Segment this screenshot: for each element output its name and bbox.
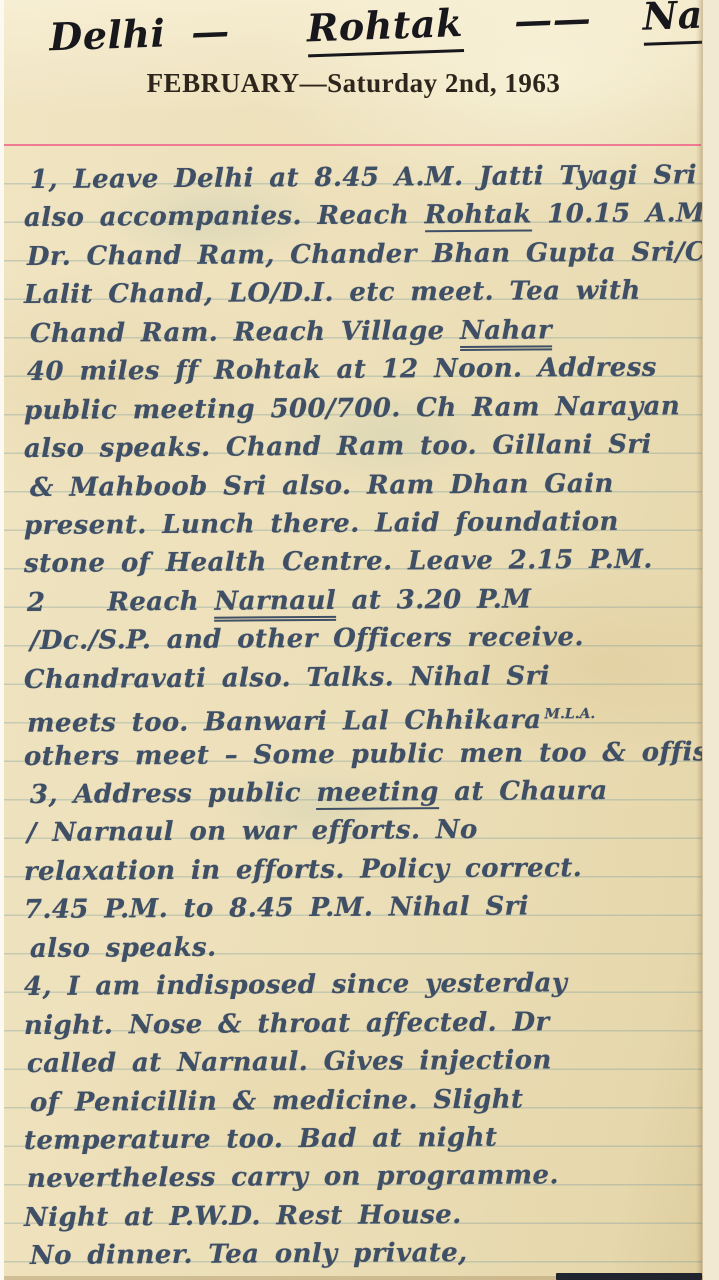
text-segment: 10.15 A.M. [532, 199, 703, 230]
text-segment: also speaks. Chand Ram too. Gillani Sri [24, 430, 652, 464]
diary-line: public meeting 500/700. Ch Ram Narayan [24, 387, 703, 430]
text-segment: present. Lunch there. Laid foundation [24, 507, 619, 541]
text-segment: Chandravati also. Talks. Nihal Sri [24, 661, 550, 695]
diary-line: Lalit Chand, LO/D.I. etc meet. Tea with [24, 272, 703, 315]
page-header: Delhi — Rohtak —— Narnaul FEBRUARY—Satur… [4, 0, 703, 144]
diary-body: 1, Leave Delhi at 8.45 A.M. Jatti Tyagi … [4, 146, 703, 1280]
diary-line: 1, Leave Delhi at 8.45 A.M. Jatti Tyagi … [30, 156, 703, 199]
text-segment: & Mahboob Sri also. Ram Dhan Gain [30, 468, 614, 502]
text-segment: No dinner. Tea only private, [30, 1238, 468, 1271]
text-segment: 40 miles ff Rohtak at 12 Noon. Address [27, 353, 657, 387]
diary-line: of Penicillin & medicine. Slight [30, 1079, 703, 1122]
scan-right-edge [702, 0, 719, 1280]
diary-line: stone of Health Centre. Leave 2.15 P.M. [24, 541, 703, 584]
diary-line: 4, I am indisposed since yesterday [24, 963, 703, 1006]
diary-line: relaxation in efforts. Policy correct. [24, 848, 703, 891]
text-segment: stone of Health Centre. Leave 2.15 P.M. [24, 545, 653, 579]
text-segment: —— [462, 0, 643, 45]
text-segment: — [165, 5, 308, 55]
text-segment: 4, I am indisposed since yesterday [24, 968, 568, 1002]
text-segment: night. Nose & throat affected. Dr [24, 1007, 550, 1041]
scan-left-edge [0, 0, 4, 1280]
handwritten-lines: 1, Leave Delhi at 8.45 A.M. Jatti Tyagi … [24, 161, 703, 1276]
underlined-word: Nahar [460, 315, 552, 351]
scan-bottom-dark-bar [556, 1273, 702, 1280]
text-segment: at Chaura [439, 776, 608, 807]
text-segment: also accompanies. Reach [24, 201, 425, 234]
diary-line: night. Nose & throat affected. Dr [24, 1002, 703, 1045]
diary-line: 2 Reach Narnaul at 3.20 P.M [27, 579, 703, 622]
diary-line: Chand Ram. Reach Village Nahar [30, 310, 703, 353]
text-segment: nevertheless carry on programme. [27, 1161, 559, 1195]
text-segment: 3, Address public [30, 778, 317, 810]
printed-date: FEBRUARY—Saturday 2nd, 1963 [4, 68, 703, 99]
text-segment: / Narnaul on war efforts. No [27, 815, 478, 848]
route-heading: Delhi — Rohtak —— Narnaul [4, 0, 705, 62]
diary-line: No dinner. Tea only private, [30, 1233, 703, 1276]
text-segment: others meet – Some public men too & offi… [24, 737, 703, 772]
diary-line: 40 miles ff Rohtak at 12 Noon. Address [27, 348, 703, 391]
text-segment: public meeting 500/700. Ch Ram Narayan [24, 391, 680, 426]
diary-line: present. Lunch there. Laid foundation [24, 502, 703, 545]
diary-line: also accompanies. Reach Rohtak 10.15 A.M… [24, 195, 703, 238]
diary-page-scan: Delhi — Rohtak —— Narnaul FEBRUARY—Satur… [0, 0, 719, 1280]
text-segment: at 3.20 P.M [336, 584, 531, 615]
diary-line: Dr. Chand Ram, Chander Bhan Gupta Sri/Ca… [27, 233, 703, 276]
diary-line: nevertheless carry on programme. [27, 1156, 703, 1199]
text-segment: relaxation in efforts. Policy correct. [24, 853, 582, 887]
diary-line: & Mahboob Sri also. Ram Dhan Gain [30, 464, 703, 507]
text-segment: of Penicillin & medicine. Slight [30, 1084, 524, 1117]
diary-line: temperature too. Bad at night [24, 1117, 703, 1160]
text-segment: 1, Leave Delhi at 8.45 A.M. Jatti Tyagi … [30, 160, 697, 195]
underlined-word: Rohtak [306, 0, 464, 57]
text-segment: Chand Ram. Reach Village [30, 316, 460, 349]
text-segment: /Dc./S.P. and other Officers receive. [30, 622, 584, 656]
underlined-word: Narnaul [214, 586, 336, 622]
text-segment: also speaks. [30, 932, 217, 963]
text-segment: 7.45 P.M. to 8.45 P.M. Nihal Sri [24, 892, 529, 926]
diary-line: others meet – Some public men too & offi… [24, 733, 703, 776]
underlined-word: Rohtak [424, 200, 531, 233]
diary-line: Night at P.W.D. Rest House. [24, 1194, 703, 1237]
diary-line: /Dc./S.P. and other Officers receive. [30, 618, 703, 661]
diary-line: 7.45 P.M. to 8.45 P.M. Nihal Sri [24, 887, 703, 930]
text-segment: Lalit Chand, LO/D.I. etc meet. Tea with [24, 276, 641, 310]
text-segment: Night at P.W.D. Rest House. [24, 1200, 462, 1233]
diary-line: / Narnaul on war efforts. No [27, 810, 703, 853]
diary-line: Chandravati also. Talks. Nihal Sri [24, 656, 703, 699]
text-segment: called at Narnaul. Gives injection [27, 1045, 552, 1079]
diary-line: called at Narnaul. Gives injection [27, 1040, 703, 1083]
diary-line: 3, Address public meeting at Chaura [30, 771, 703, 814]
diary-line: also speaks. Chand Ram too. Gillani Sri [24, 425, 703, 468]
text-segment: Dr. Chand Ram, Chander Bhan Gupta Sri/Ca… [27, 236, 703, 271]
superscript-note: M.L.A. [544, 706, 595, 722]
text-segment: 2 Reach [27, 587, 215, 618]
text-segment: temperature too. Bad at night [24, 1123, 498, 1156]
diary-line: also speaks. [30, 925, 703, 968]
text-segment: Delhi [49, 10, 167, 59]
text-segment: meets too. Banwari Lal Chhikara [27, 705, 542, 739]
diary-line: meets too. Banwari Lal ChhikaraM.L.A. [27, 694, 703, 737]
underlined-word: meeting [316, 777, 439, 810]
